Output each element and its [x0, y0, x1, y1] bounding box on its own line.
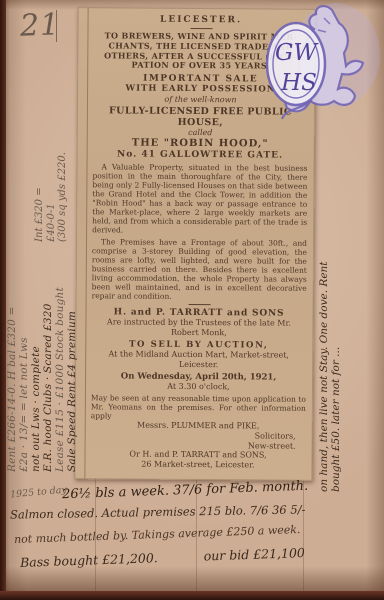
clipping-time: At 3.30 o'clock, [91, 381, 306, 393]
clipping-pub-name: THE "ROBIN HOOD," [93, 137, 308, 150]
clipping-viewing-text: May be seen at any reasonable time upon … [91, 393, 306, 422]
handwritten-note: not out Lws · complete [30, 287, 42, 472]
clipping-agents2-line: 26 Market-street, Leicester. [90, 459, 305, 471]
handwritten-note: £40-0-1 [46, 152, 58, 242]
handwritten-bottom-note: 1925 to day [10, 485, 68, 501]
clipping-paragraph-2: The Premises have a Frontage of about 30… [92, 237, 307, 301]
handwritten-topleft-notes: Int £320 = £40-0-1 (300 sq yds £220. [34, 152, 69, 242]
handwritten-note: £2a · 13/= = let not Lws [18, 287, 30, 472]
handwritten-note: Rent £266-14-0. H bal £320 = [6, 287, 18, 472]
page-number: 21 [19, 7, 60, 43]
gwhs-stamp: GW HS [266, 0, 382, 122]
book-bottom-edge [0, 591, 384, 600]
gwhs-oval-badge: GW HS [267, 23, 325, 105]
handwritten-note: on hand, then live not Stay. One dove. R… [318, 261, 330, 492]
handwritten-note: Bass bought £21,200. [20, 550, 158, 570]
handwritten-bottom-note: not much bottled by. Takings average £25… [14, 523, 301, 546]
handwritten-note: Int £320 = [34, 152, 46, 242]
page-number-rule [56, 10, 57, 42]
handwritten-note: Lease £115 · £1000 Stock bought [54, 287, 66, 472]
clipping-paragraph-1: A Valuable Property, situated in the bes… [92, 162, 307, 235]
gwhs-stamp-graphic: GW HS [266, 0, 382, 122]
clipping-pub-address: No. 41 GALLOWTREE GATE. [93, 149, 308, 161]
handwritten-left-margin-notes: Rent £266-14-0. H bal £320 = £2a · 13/= … [6, 287, 78, 472]
handwritten-note: E.R. hood Clubs · Scared £320 [42, 287, 54, 472]
handwritten-note: bought £50. later not for ... [330, 261, 342, 492]
newspaper-column-rule [84, 8, 88, 478]
clipping-instructed-line: Robert Monk, [91, 327, 306, 339]
handwritten-note: our bid £21,100 [203, 545, 305, 564]
gwhs-letters-top: GW [275, 40, 319, 66]
handwritten-note: Sale Speed Rent £4 premium [66, 287, 78, 472]
clipping-called: called [93, 127, 308, 138]
clipping-venue-line: Leicester. [91, 359, 306, 371]
handwritten-note: (300 sq yds £220. [57, 152, 69, 242]
divider [188, 304, 210, 305]
divider [190, 28, 212, 29]
handwritten-bottom-note: Salmon closed. Actual premises 215 blo. … [10, 502, 306, 521]
handwritten-bottom-note: 26½ bls a week. 37/6 for Feb. month. [62, 479, 309, 503]
ledger-rule [303, 478, 304, 596]
handwritten-right-margin-notes: on hand, then live not Stay. One dove. R… [318, 261, 342, 492]
gwhs-letters-bottom: HS [280, 70, 317, 96]
handwritten-bottom-note: Bass bought £21,200.our bid £21,100 [20, 545, 305, 570]
